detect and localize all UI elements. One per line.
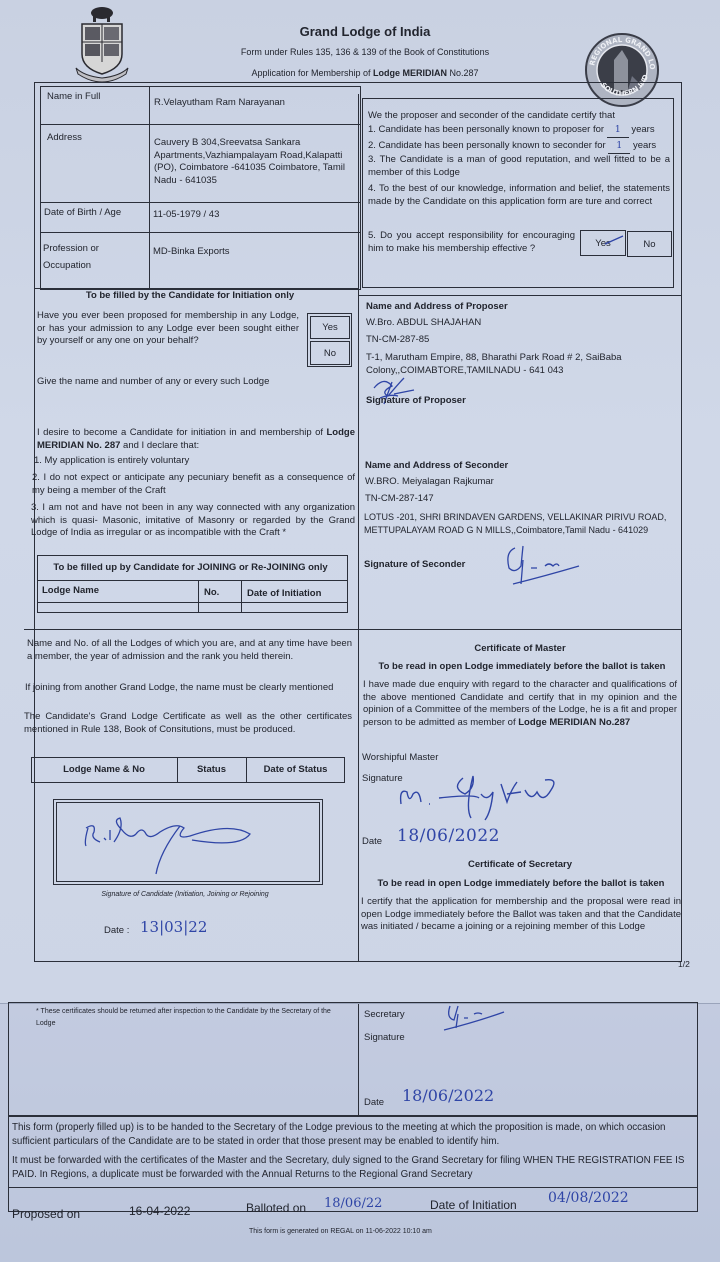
certify-item4: 4. To the best of our knowledge, informa…	[368, 183, 670, 208]
proposer-heading: Name and Address of Proposer	[366, 301, 508, 314]
initiation-yes-checkbox[interactable]: Yes	[310, 316, 350, 339]
certify-item1: 1. Candidate has been personally known t…	[368, 124, 668, 138]
declaration-intro: I desire to become a Candidate for initi…	[37, 427, 355, 452]
joining-table-heading: To be filled up by Candidate for JOINING…	[38, 562, 343, 575]
lodges-info-p1: Name and No. of all the Lodges of which …	[27, 638, 352, 663]
coat-of-arms-icon	[74, 4, 130, 82]
initiation-no-checkbox[interactable]: No	[310, 341, 350, 365]
secretary-label: Secretary	[364, 1009, 405, 1022]
candidate-signature-caption: Signature of Candidate (Initiation, Join…	[50, 891, 320, 898]
candidate-date-value: 13|03|22	[140, 918, 207, 936]
col-date-of-initiation: Date of Initiation	[247, 588, 321, 599]
instruction-2: It must be forwarded with the certificat…	[12, 1154, 696, 1182]
master-cert-subtitle: To be read in open Lodge immediately bef…	[362, 661, 682, 674]
secretary-cert-subtitle: To be read in open Lodge immediately bef…	[361, 878, 681, 891]
proposer-signature-label: Signature of Proposer	[366, 395, 466, 408]
value-dob: 11-05-1979 / 43	[153, 209, 219, 222]
value-name: R.Velayutham Ram Narayanan	[154, 97, 354, 110]
secretary-cert-title: Certificate of Secretary	[360, 859, 680, 872]
application-line: Application for Membership of Lodge MERI…	[200, 67, 530, 80]
col-date-of-status: Date of Status	[246, 764, 345, 775]
declaration-item2: 2. I do not expect or anticipate any pec…	[32, 472, 355, 497]
candidate-date-label: Date :	[104, 925, 129, 938]
master-date-label: Date	[362, 836, 382, 849]
lodges-info-p2: If joining from another Grand Lodge, the…	[25, 682, 352, 695]
proposer-name: W.Bro. ABDUL SHAJAHAN	[366, 317, 481, 330]
certify-intro: We the proposer and seconder of the cand…	[368, 110, 668, 123]
secretary-date-label: Date	[364, 1097, 384, 1110]
seconder-heading: Name and Address of Seconder	[365, 460, 508, 473]
instruction-1: This form (properly filled up) is to be …	[12, 1121, 696, 1149]
seconder-name: W.BRO. Meiyalagan Rajkumar	[365, 476, 494, 489]
col-lodge-name: Lodge Name	[42, 585, 99, 596]
proposed-on-label: Proposed on	[12, 1207, 80, 1221]
proposer-reg: TN-CM-287-85	[366, 334, 429, 347]
master-cert-body: I have made due enquiry with regard to t…	[363, 679, 677, 729]
declaration-item3: 3. I am not and have not been in any way…	[31, 502, 355, 540]
col-status: Status	[177, 764, 246, 775]
balloted-on-value: 18/06/22	[324, 1196, 382, 1211]
label-name: Name in Full	[47, 91, 100, 104]
certify-item3: 3. The Candidate is a man of good reputa…	[368, 154, 670, 179]
date-of-initiation-label: Date of Initiation	[430, 1198, 517, 1212]
lodges-info-p3: The Candidate's Grand Lodge Certificate …	[24, 711, 352, 736]
seconder-signature-label: Signature of Seconder	[364, 559, 465, 572]
candidate-signature	[80, 812, 260, 882]
secretary-date-value: 18/06/2022	[402, 1086, 494, 1105]
proposed-on-value: 16-04-2022	[129, 1204, 190, 1218]
checkmark-icon	[604, 232, 624, 242]
master-signature	[395, 768, 575, 828]
master-date-value: 18/06/2022	[397, 826, 500, 846]
label-address: Address	[47, 132, 82, 145]
secretary-cert-body: I certify that the application for membe…	[361, 896, 681, 934]
form-subtitle: Form under Rules 135, 136 & 139 of the B…	[210, 46, 520, 59]
initiation-question: Have you ever been proposed for membersh…	[37, 310, 299, 348]
certificates-footnote: * These certificates should be returned …	[36, 1006, 336, 1030]
form-page-1: Grand Lodge of India Form under Rules 13…	[0, 0, 720, 1003]
master-cert-title: Certificate of Master	[360, 643, 680, 656]
col-lodge-name-no: Lodge Name & No	[31, 764, 177, 775]
seconder-reg: TN-CM-287-147	[365, 493, 434, 506]
label-profession: Profession or Occupation	[43, 240, 123, 274]
seconder-signature	[505, 540, 585, 590]
seconder-address: LOTUS -201, SHRI BRINDAVEN GARDENS, VELL…	[364, 511, 684, 536]
label-dob: Date of Birth / Age	[44, 207, 121, 220]
initiation-heading: To be filled by the Candidate for Initia…	[40, 290, 340, 303]
form-page-2: * These certificates should be returned …	[0, 1003, 720, 1262]
give-lodge-name-label: Give the name and number of any or every…	[37, 376, 269, 389]
declaration-item1: 1. My application is entirely voluntary	[34, 455, 189, 468]
worshipful-master-label: Worshipful Master	[362, 752, 438, 765]
value-profession: MD-Binka Exports	[153, 246, 230, 259]
responsibility-no-checkbox[interactable]: No	[627, 231, 672, 257]
value-address: Cauvery B 304,Sreevatsa Sankara Apartmen…	[154, 137, 356, 187]
generated-note: This form is generated on REGAL on 11-06…	[249, 1228, 432, 1235]
balloted-on-label: Balloted on	[246, 1201, 306, 1215]
date-of-initiation-value: 04/08/2022	[548, 1190, 629, 1206]
page-number: 1/2	[678, 958, 690, 971]
form-title: Grand Lodge of India	[260, 24, 470, 39]
secretary-signature-label: Signature	[364, 1032, 405, 1045]
col-no: No.	[204, 587, 219, 598]
certify-item5: 5. Do you accept responsibility for enco…	[368, 230, 575, 255]
secretary-signature	[440, 1004, 510, 1034]
certify-item2: 2. Candidate has been personally known t…	[368, 140, 668, 154]
